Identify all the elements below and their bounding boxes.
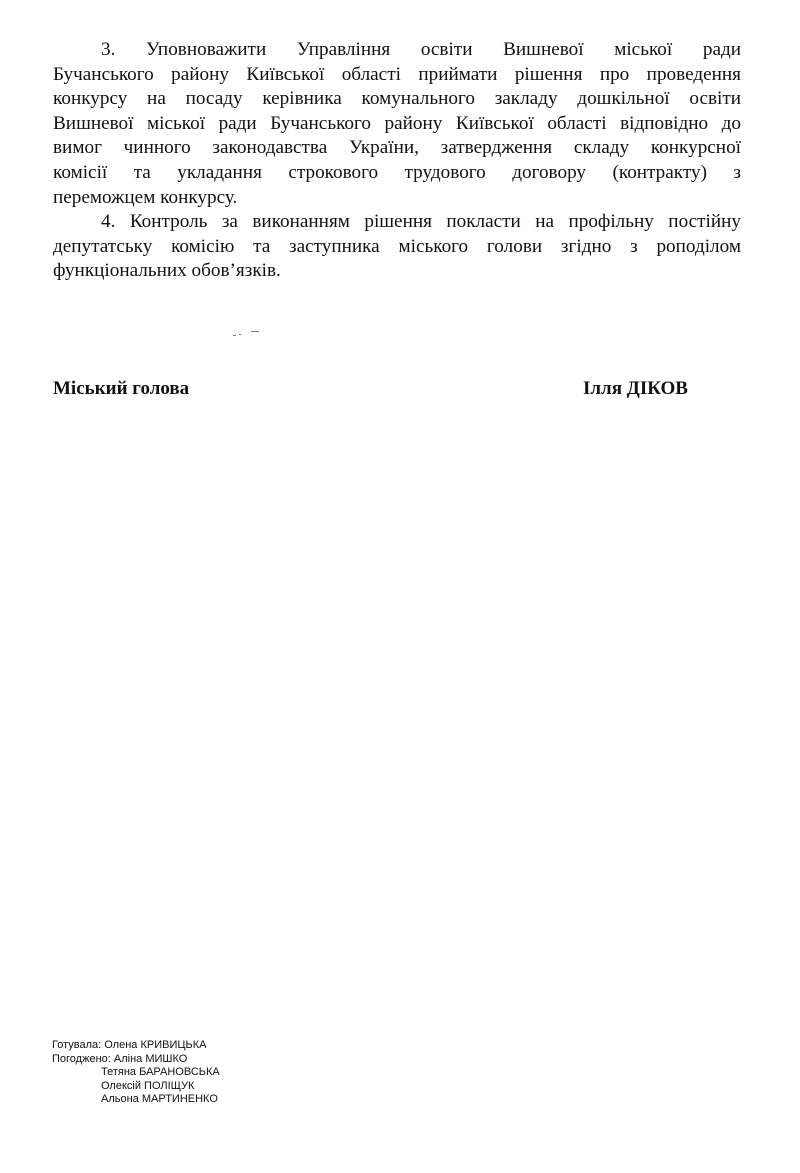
text-line: депутатську комісію та заступника місько… bbox=[53, 235, 741, 260]
prepared-by: Готувала: Олена КРИВИЦЬКА bbox=[52, 1039, 220, 1053]
text-line: 4. Контроль за виконанням рішення поклас… bbox=[53, 210, 741, 235]
approval-footer: Готувала: Олена КРИВИЦЬКА Погоджено: Алі… bbox=[52, 1039, 220, 1107]
text-line: конкурсу на посаду керівника комунальног… bbox=[53, 87, 741, 112]
text-line: Вишневої міської ради Бучанського району… bbox=[53, 112, 741, 137]
text-line: функціональних обов’язків. bbox=[53, 259, 741, 284]
paragraph-3: 3. Уповноважити Управління освіти Вишнев… bbox=[53, 38, 741, 210]
text-line: вимог чинного законодавства України, зат… bbox=[53, 136, 741, 161]
document-body: 3. Уповноважити Управління освіти Вишнев… bbox=[53, 38, 741, 284]
scan-artifact bbox=[233, 331, 261, 337]
text-line: переможцем конкурсу. bbox=[53, 186, 741, 211]
agreed-by-person: Олексій ПОЛІЩУК bbox=[52, 1080, 220, 1094]
text-line: 3. Уповноважити Управління освіти Вишнев… bbox=[53, 38, 741, 63]
text-line: Бучанського району Київської області при… bbox=[53, 63, 741, 88]
paragraph-4: 4. Контроль за виконанням рішення поклас… bbox=[53, 210, 741, 284]
agreed-by-person: Альона МАРТИНЕНКО bbox=[52, 1093, 220, 1107]
agreed-by-person: Тетяна БАРАНОВСЬКА bbox=[52, 1066, 220, 1080]
agreed-by: Погоджено: Аліна МИШКО bbox=[52, 1053, 220, 1067]
text-line: комісії та укладання строкового трудовог… bbox=[53, 161, 741, 186]
document-page: 3. Уповноважити Управління освіти Вишнев… bbox=[0, 0, 800, 1173]
signature-title: Міський голова bbox=[53, 378, 189, 400]
signature-name: Ілля ДІКОВ bbox=[583, 378, 688, 400]
